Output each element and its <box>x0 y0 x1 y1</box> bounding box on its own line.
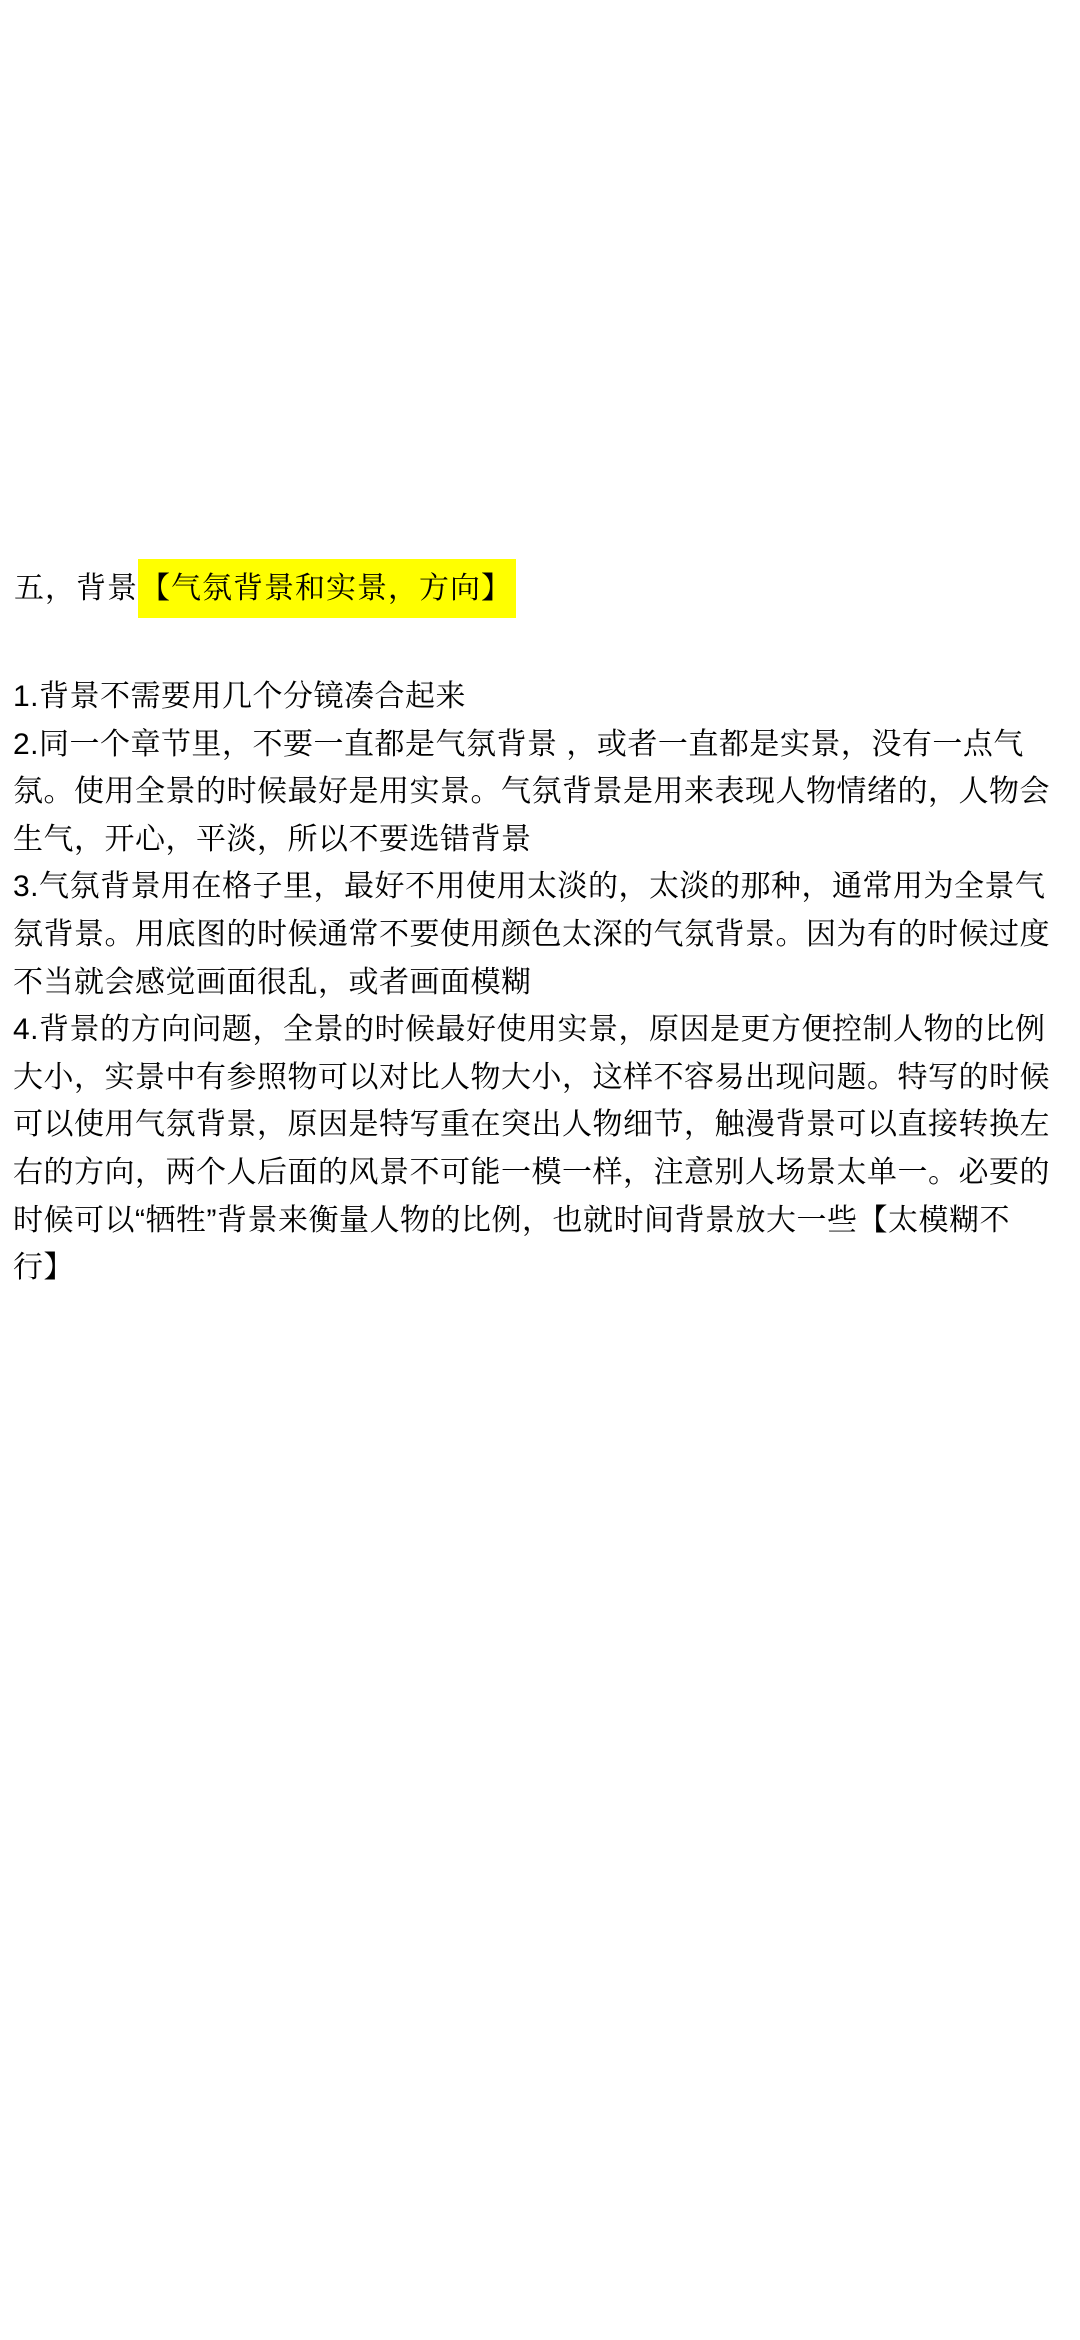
section-heading-prefix: 五，背景 <box>14 572 138 605</box>
note-paragraph-1: 1.背景不需要用几个分镜凑合起来 <box>13 673 1053 721</box>
notes-body: 1.背景不需要用几个分镜凑合起来 2.同一个章节里，不要一直都是气氛背景 ，或者… <box>13 673 1053 1292</box>
section-heading: 五，背景【气氛背景和实景，方向】 <box>14 573 1052 605</box>
note-paragraph-3: 3.气氛背景用在格子里，最好不用使用太淡的，太淡的那种，通常用为全景气氛背景。用… <box>13 863 1053 1006</box>
note-paragraph-2: 2.同一个章节里，不要一直都是气氛背景 ，或者一直都是实景，没有一点气氛。使用全… <box>13 721 1053 864</box>
document-page: 五，背景【气氛背景和实景，方向】 1.背景不需要用几个分镜凑合起来 2.同一个章… <box>0 0 1080 2340</box>
section-heading-highlight: 【气氛背景和实景，方向】 <box>138 559 516 618</box>
note-paragraph-4: 4.背景的方向问题，全景的时候最好使用实景，原因是更方便控制人物的比例大小，实景… <box>13 1006 1053 1292</box>
